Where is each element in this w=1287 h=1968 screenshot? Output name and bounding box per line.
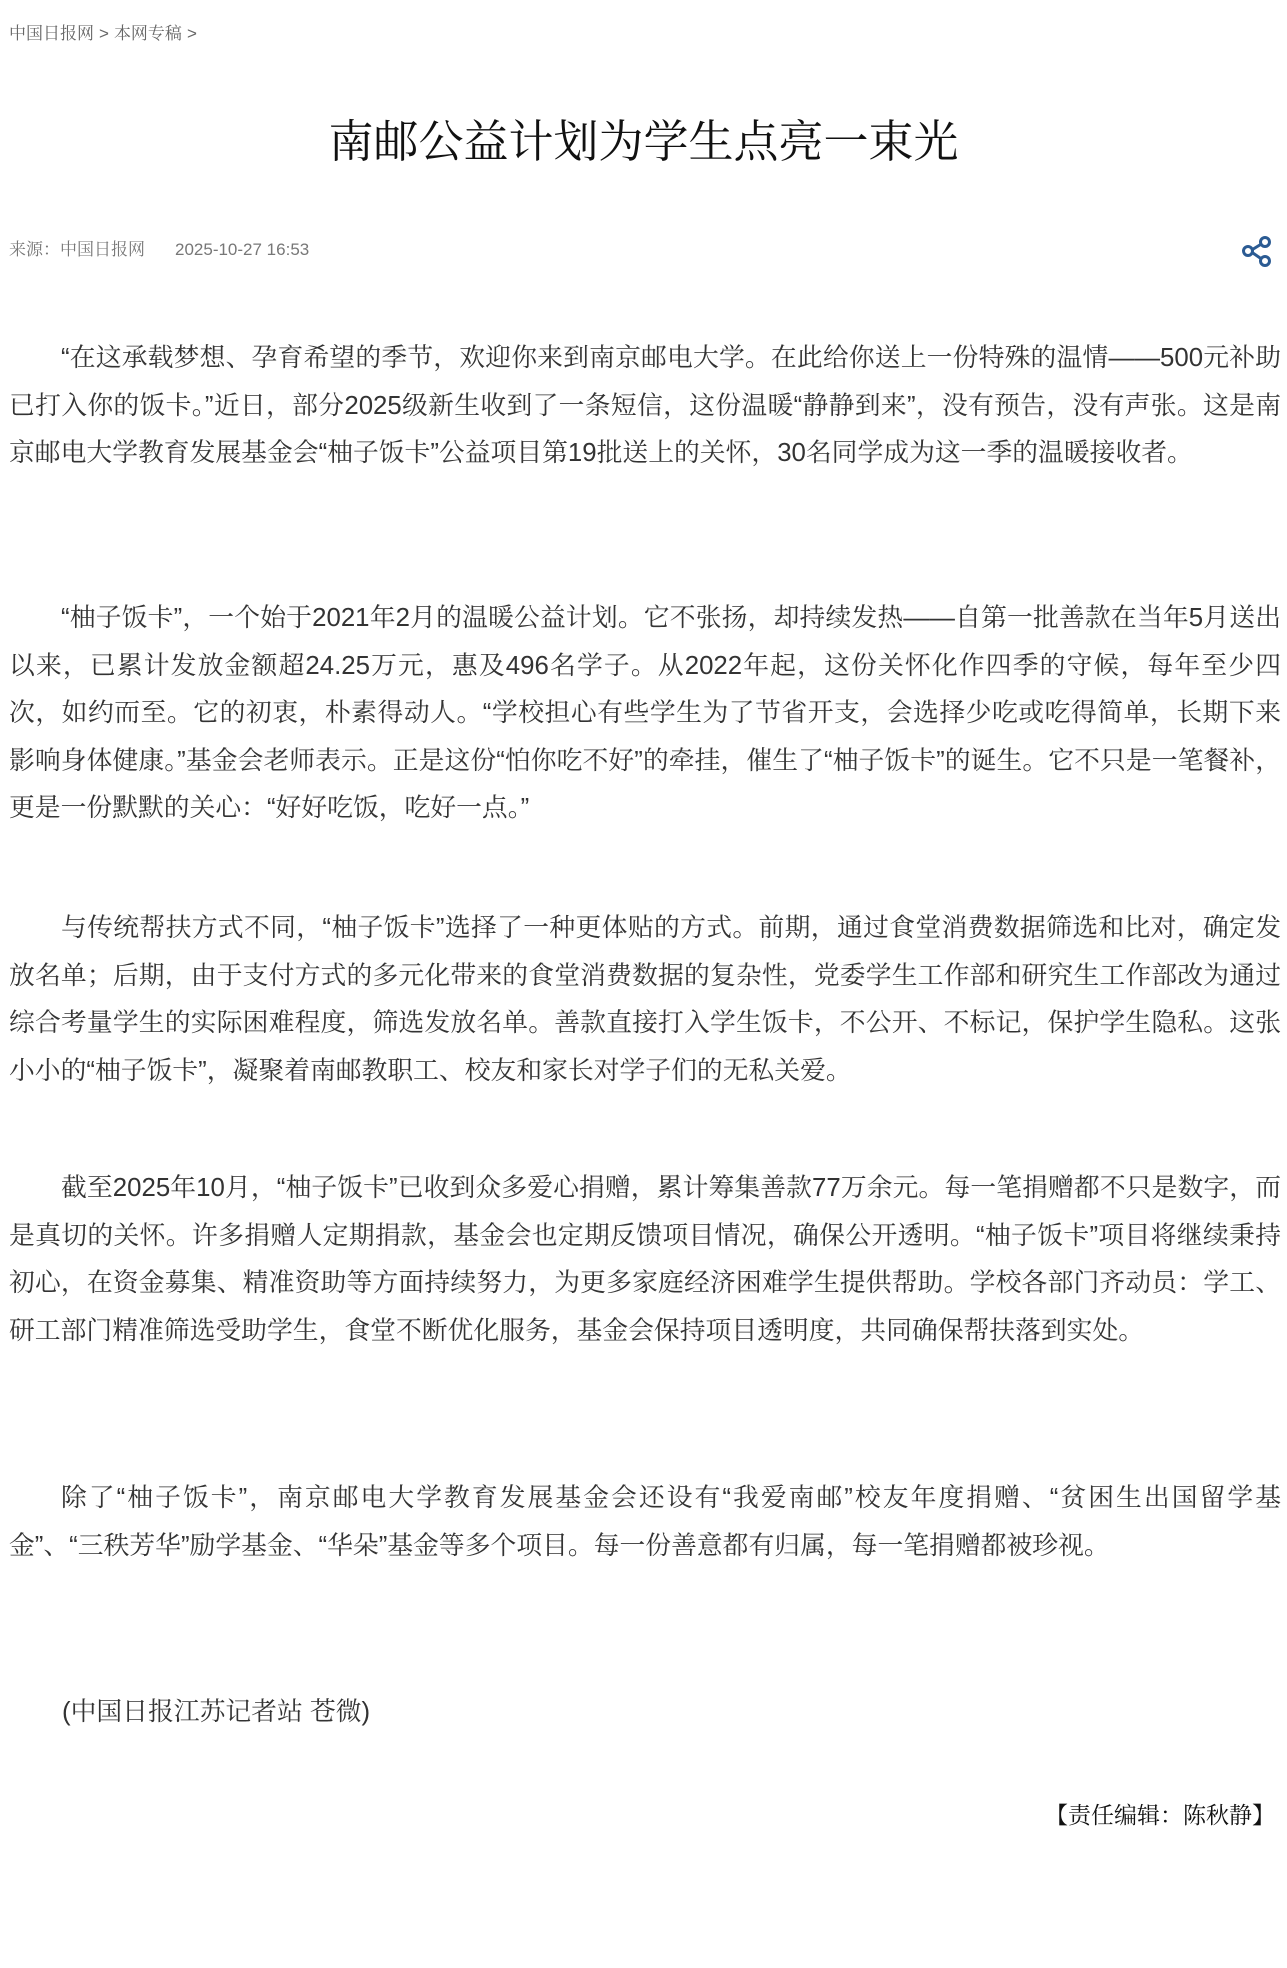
breadcrumb: 中国日报网>本网专稿> [9,22,202,46]
article-paragraph: 截至2025年10月，“柚子饭卡”已收到众多爱心捐赠，累计筹集善款77万余元。每… [9,1165,1281,1355]
article-title: 南邮公益计划为学生点亮一束光 [0,112,1287,172]
article-paragraph: 除了“柚子饭卡”，南京邮电大学教育发展基金会还设有“我爱南邮”校友年度捐赠、“贫… [9,1475,1281,1570]
article-byline: (中国日报江苏记者站 苍微) [62,1689,370,1737]
breadcrumb-separator: > [99,24,109,43]
article-source: 来源：中国日报网 [9,240,145,259]
share-icon [1240,234,1274,268]
share-button[interactable] [1240,234,1274,268]
breadcrumb-link-chinadaily[interactable]: 中国日报网 [9,24,94,43]
responsible-editor: 【责任编辑：陈秋静】 [1045,1795,1275,1835]
breadcrumb-link-exclusive[interactable]: 本网专稿 [114,24,182,43]
article-paragraph: 与传统帮扶方式不同，“柚子饭卡”选择了一种更体贴的方式。前期，通过食堂消费数据筛… [9,905,1281,1095]
article-meta: 来源：中国日报网2025-10-27 16:53 [9,238,309,262]
article-paragraph: “柚子饭卡”，一个始于2021年2月的温暖公益计划。它不张扬，却持续发热——自第… [9,595,1281,833]
breadcrumb-separator: > [187,24,197,43]
article-date: 2025-10-27 16:53 [175,240,309,259]
article-paragraph: “在这承载梦想、孕育希望的季节，欢迎你来到南京邮电大学。在此给你送上一份特殊的温… [9,335,1281,478]
